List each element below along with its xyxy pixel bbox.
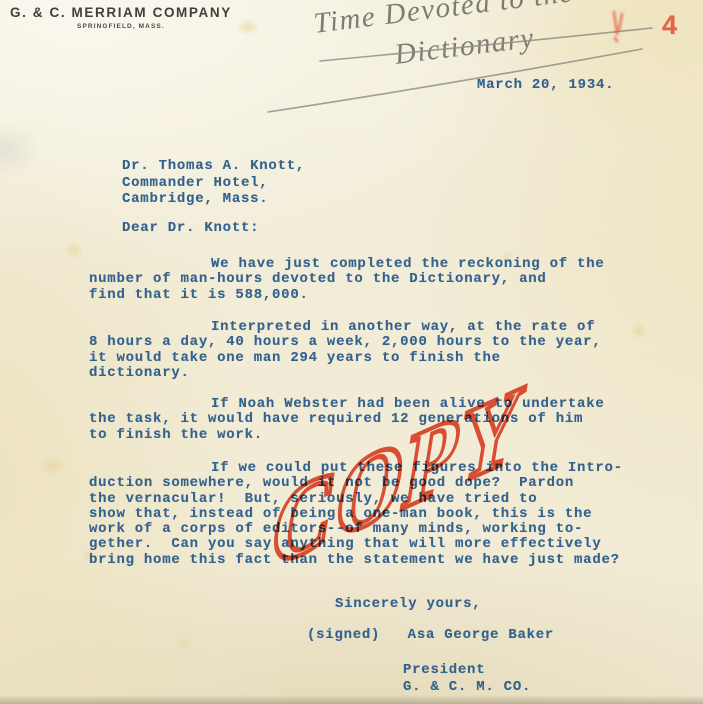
signer-title: President — [403, 662, 485, 678]
paper-stain — [40, 455, 66, 477]
signature-line: (signed) Asa George Baker — [307, 628, 554, 643]
copy-stamp: COPY — [235, 385, 655, 600]
signer-title-block: President G. & C. M. CO. — [403, 662, 531, 695]
red-page-number: 4 — [662, 10, 677, 41]
body-paragraph-2: Interpreted in another way, at the rate … — [89, 320, 649, 381]
handwritten-underlines — [0, 0, 703, 140]
salutation: Dear Dr. Knott: — [122, 221, 259, 236]
copy-stamp-text: COPY — [263, 360, 533, 594]
date-line: March 20, 1934. — [477, 78, 614, 93]
letter-page: G. & C. MERRIAM COMPANY SPRINGFIELD, MAS… — [0, 0, 703, 704]
signer-company: G. & C. M. CO. — [403, 679, 531, 695]
paper-stain — [64, 240, 84, 260]
recipient-address: Dr. Thomas A. Knott, Commander Hotel, Ca… — [122, 158, 305, 208]
red-smudge-mark — [606, 8, 636, 48]
body-paragraph-1: We have just completed the reckoning of … — [89, 257, 649, 303]
paper-stain — [176, 636, 192, 650]
red-smudge-stroke — [614, 12, 622, 41]
